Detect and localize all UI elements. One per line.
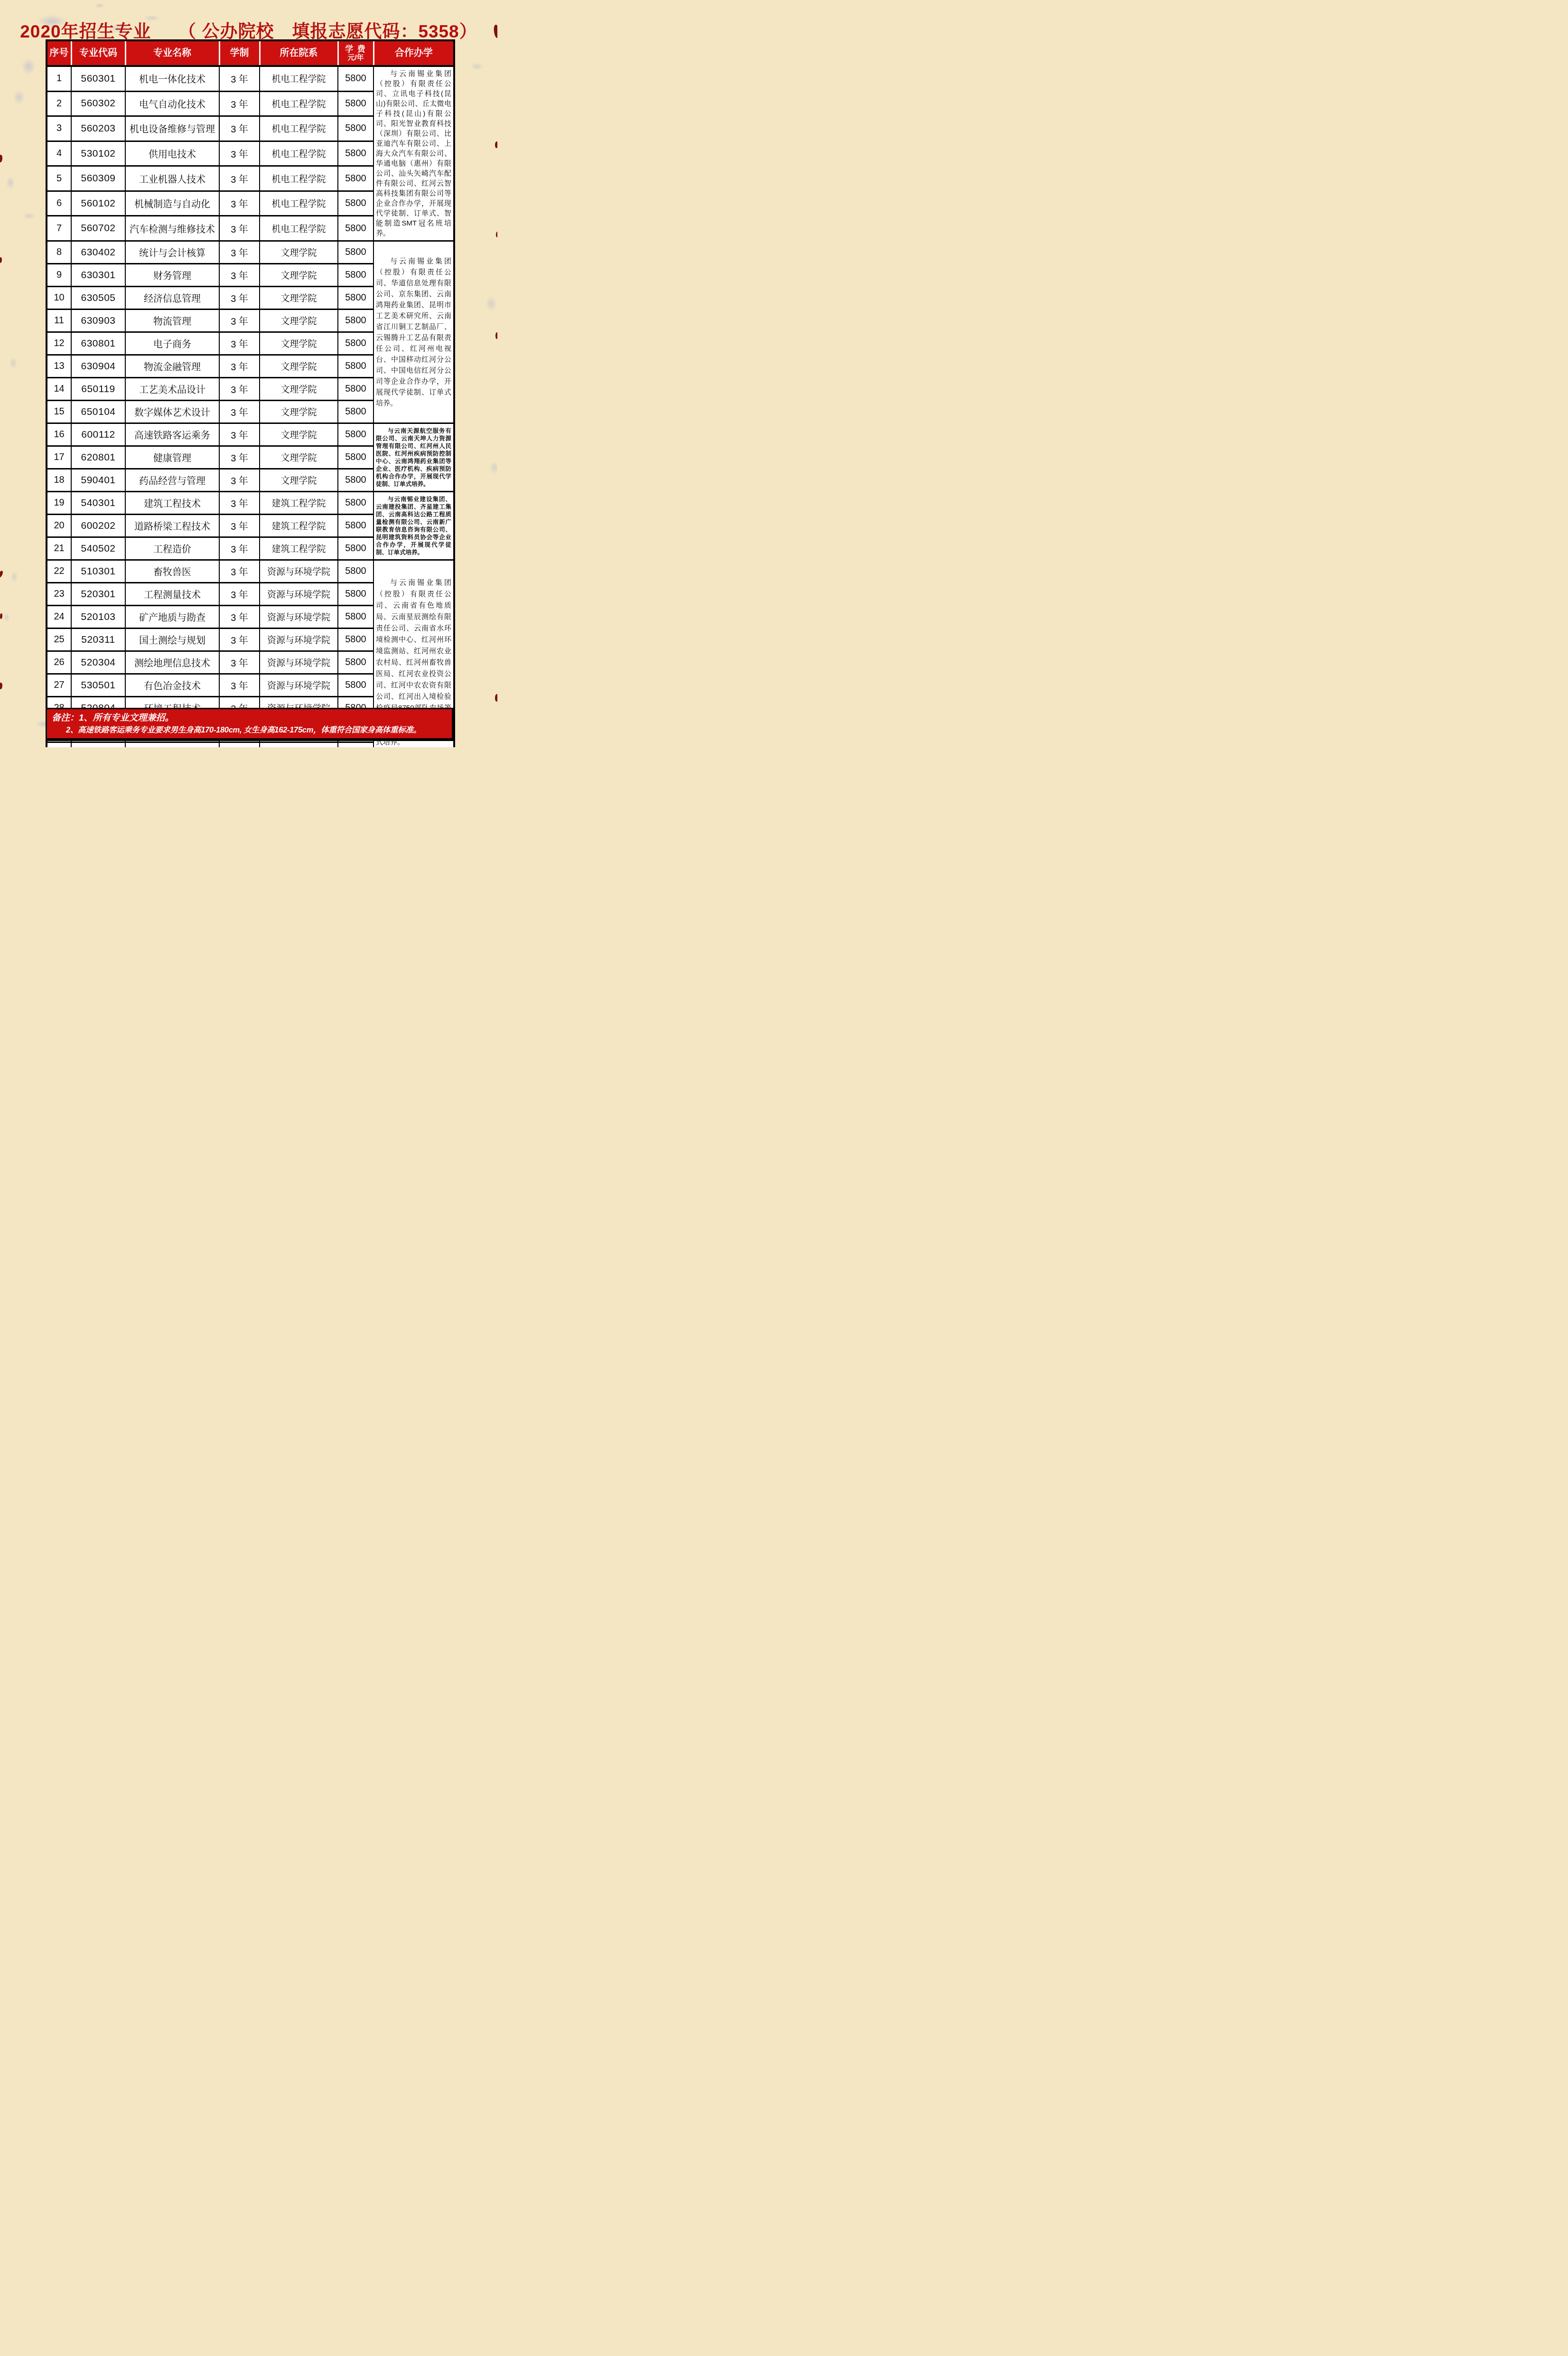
edge-ink-blot bbox=[496, 232, 497, 237]
tuition: 5800 bbox=[338, 332, 373, 355]
major-name: 生态农业技术 bbox=[125, 742, 219, 748]
note-line-2: 2、高速铁路客运乘务专业要求男生身高170-180cm, 女生身高162-175… bbox=[66, 725, 452, 735]
header-tuition-line1: 学 费 bbox=[340, 45, 372, 54]
major-code: 530501 bbox=[71, 674, 125, 697]
department: 文理学院 bbox=[260, 241, 338, 264]
table-row: 22 510301 畜牧兽医 3 年 资源与环境学院 5800 与云南锡业集团（… bbox=[47, 560, 454, 583]
cooperation-text-group1: 与云南锡业集团（控股）有限责任公司、立讯电子科技(昆山)有限公司、丘太微电子科技… bbox=[373, 66, 454, 241]
header-code: 专业代码 bbox=[71, 40, 125, 66]
row-number: 14 bbox=[47, 378, 71, 401]
duration: 3 年 bbox=[219, 674, 260, 697]
major-code: 520304 bbox=[71, 651, 125, 674]
department: 建筑工程学院 bbox=[260, 515, 338, 537]
notes-bar: 备注：1、所有专业文理兼招。 2、高速铁路客运乘务专业要求男生身高170-180… bbox=[46, 708, 453, 741]
department: 文理学院 bbox=[260, 378, 338, 401]
row-number: 15 bbox=[47, 401, 71, 423]
major-name: 统计与会计核算 bbox=[125, 241, 219, 264]
duration: 3 年 bbox=[219, 191, 260, 216]
header-department: 所在院系 bbox=[260, 40, 338, 66]
row-number: 30 bbox=[47, 742, 71, 748]
row-number: 16 bbox=[47, 423, 71, 446]
major-name: 有色冶金技术 bbox=[125, 674, 219, 697]
major-code: 630402 bbox=[71, 241, 125, 264]
duration: 3 年 bbox=[219, 742, 260, 748]
major-code: 630301 bbox=[71, 264, 125, 287]
major-code: 600112 bbox=[71, 423, 125, 446]
row-number: 4 bbox=[47, 141, 71, 166]
tuition: 5800 bbox=[338, 492, 373, 515]
row-number: 3 bbox=[47, 116, 71, 141]
major-name: 药品经营与管理 bbox=[125, 469, 219, 492]
edge-ink-blot bbox=[0, 257, 2, 263]
department: 资源与环境学院 bbox=[260, 651, 338, 674]
tuition: 5800 bbox=[338, 651, 373, 674]
majors-table: 序号 专业代码 专业名称 学制 所在院系 学 费 元/年 合作办学 1 5603… bbox=[46, 39, 455, 747]
department: 机电工程学院 bbox=[260, 216, 338, 241]
major-code: 520311 bbox=[71, 629, 125, 651]
table-header: 序号 专业代码 专业名称 学制 所在院系 学 费 元/年 合作办学 bbox=[47, 40, 454, 66]
row-number: 6 bbox=[47, 191, 71, 216]
major-code: 590401 bbox=[71, 469, 125, 492]
department: 机电工程学院 bbox=[260, 141, 338, 166]
duration: 3 年 bbox=[219, 241, 260, 264]
edge-ink-blot bbox=[0, 613, 2, 619]
row-number: 13 bbox=[47, 355, 71, 378]
duration: 3 年 bbox=[219, 116, 260, 141]
major-name: 供用电技术 bbox=[125, 141, 219, 166]
major-name: 矿产地质与勘查 bbox=[125, 606, 219, 629]
tuition: 5800 bbox=[338, 378, 373, 401]
cooperation-text-group2: 与云南锡业集团（控股）有限责任公司、华道信息处理有限公司、京东集团、云南鸿翔药业… bbox=[373, 241, 454, 423]
tuition: 5800 bbox=[338, 166, 373, 191]
duration: 3 年 bbox=[219, 66, 260, 91]
major-name: 物流管理 bbox=[125, 310, 219, 332]
duration: 3 年 bbox=[219, 606, 260, 629]
department: 机电工程学院 bbox=[260, 66, 338, 91]
department: 资源与环境学院 bbox=[260, 742, 338, 748]
duration: 3 年 bbox=[219, 378, 260, 401]
major-code: 600202 bbox=[71, 515, 125, 537]
header-cooperation: 合作办学 bbox=[373, 40, 454, 66]
major-code: 560702 bbox=[71, 216, 125, 241]
department: 文理学院 bbox=[260, 310, 338, 332]
tuition: 5800 bbox=[338, 742, 373, 748]
row-number: 27 bbox=[47, 674, 71, 697]
major-name: 测绘地理信息技术 bbox=[125, 651, 219, 674]
row-number: 24 bbox=[47, 606, 71, 629]
major-name: 国土测绘与规划 bbox=[125, 629, 219, 651]
major-name: 畜牧兽医 bbox=[125, 560, 219, 583]
major-name: 高速铁路客运乘务 bbox=[125, 423, 219, 446]
row-number: 19 bbox=[47, 492, 71, 515]
duration: 3 年 bbox=[219, 537, 260, 560]
row-number: 23 bbox=[47, 583, 71, 606]
tuition: 5800 bbox=[338, 310, 373, 332]
major-code: 620801 bbox=[71, 446, 125, 469]
tuition: 5800 bbox=[338, 606, 373, 629]
row-number: 9 bbox=[47, 264, 71, 287]
major-code: 540301 bbox=[71, 492, 125, 515]
major-code: 510106 bbox=[71, 742, 125, 748]
major-code: 650119 bbox=[71, 378, 125, 401]
duration: 3 年 bbox=[219, 332, 260, 355]
header-tuition: 学 费 元/年 bbox=[338, 40, 373, 66]
department: 机电工程学院 bbox=[260, 166, 338, 191]
duration: 3 年 bbox=[219, 560, 260, 583]
header-no: 序号 bbox=[47, 40, 71, 66]
table-row: 16 600112 高速铁路客运乘务 3 年 文理学院 5800 与云南天源航空… bbox=[47, 423, 454, 446]
duration: 3 年 bbox=[219, 216, 260, 241]
edge-ink-blot bbox=[0, 155, 2, 162]
row-number: 26 bbox=[47, 651, 71, 674]
major-code: 540502 bbox=[71, 537, 125, 560]
poster-sheet: 2020年招生专业 （ 公办院校 填报志愿代码：5358） 序号 专业代码 专业… bbox=[0, 0, 497, 747]
major-code: 560301 bbox=[71, 66, 125, 91]
table-row: 19 540301 建筑工程技术 3 年 建筑工程学院 5800 与云南锡业建设… bbox=[47, 492, 454, 515]
row-number: 12 bbox=[47, 332, 71, 355]
tuition: 5800 bbox=[338, 469, 373, 492]
major-code: 630903 bbox=[71, 310, 125, 332]
major-name: 电子商务 bbox=[125, 332, 219, 355]
row-number: 8 bbox=[47, 241, 71, 264]
major-name: 机电一体化技术 bbox=[125, 66, 219, 91]
header-row: 序号 专业代码 专业名称 学制 所在院系 学 费 元/年 合作办学 bbox=[47, 40, 454, 66]
department: 建筑工程学院 bbox=[260, 537, 338, 560]
duration: 3 年 bbox=[219, 355, 260, 378]
department: 机电工程学院 bbox=[260, 91, 338, 116]
table-row: 8 630402 统计与会计核算 3 年 文理学院 5800 与云南锡业集团（控… bbox=[47, 241, 454, 264]
major-name: 建筑工程技术 bbox=[125, 492, 219, 515]
department: 文理学院 bbox=[260, 332, 338, 355]
row-number: 22 bbox=[47, 560, 71, 583]
major-code: 630904 bbox=[71, 355, 125, 378]
row-number: 25 bbox=[47, 629, 71, 651]
row-number: 20 bbox=[47, 515, 71, 537]
department: 机电工程学院 bbox=[260, 191, 338, 216]
tuition: 5800 bbox=[338, 423, 373, 446]
tuition: 5800 bbox=[338, 264, 373, 287]
department: 机电工程学院 bbox=[260, 116, 338, 141]
duration: 3 年 bbox=[219, 264, 260, 287]
edge-ink-blot bbox=[0, 570, 3, 578]
major-name: 财务管理 bbox=[125, 264, 219, 287]
major-code: 650104 bbox=[71, 401, 125, 423]
header-name: 专业名称 bbox=[125, 40, 219, 66]
major-code: 560309 bbox=[71, 166, 125, 191]
duration: 3 年 bbox=[219, 310, 260, 332]
major-name: 工业机器人技术 bbox=[125, 166, 219, 191]
department: 文理学院 bbox=[260, 401, 338, 423]
cooperation-text-group4: 与云南锡业建设集团、云南建投集团、齐星建工集团、云南高科达公路工程质量检测有限公… bbox=[373, 492, 454, 560]
major-name: 工艺美术品设计 bbox=[125, 378, 219, 401]
tuition: 5800 bbox=[338, 401, 373, 423]
major-name: 机电设备维修与管理 bbox=[125, 116, 219, 141]
major-name: 机械制造与自动化 bbox=[125, 191, 219, 216]
tuition: 5800 bbox=[338, 116, 373, 141]
major-code: 630801 bbox=[71, 332, 125, 355]
duration: 3 年 bbox=[219, 91, 260, 116]
department: 资源与环境学院 bbox=[260, 583, 338, 606]
edge-ink-blot bbox=[495, 332, 497, 339]
row-number: 17 bbox=[47, 446, 71, 469]
tuition: 5800 bbox=[338, 446, 373, 469]
major-code: 560203 bbox=[71, 116, 125, 141]
department: 文理学院 bbox=[260, 264, 338, 287]
duration: 3 年 bbox=[219, 423, 260, 446]
major-code: 560302 bbox=[71, 91, 125, 116]
major-name: 道路桥梁工程技术 bbox=[125, 515, 219, 537]
row-number: 5 bbox=[47, 166, 71, 191]
duration: 3 年 bbox=[219, 287, 260, 310]
major-name: 工程造价 bbox=[125, 537, 219, 560]
duration: 3 年 bbox=[219, 166, 260, 191]
major-code: 560102 bbox=[71, 191, 125, 216]
department: 资源与环境学院 bbox=[260, 606, 338, 629]
tuition: 5800 bbox=[338, 141, 373, 166]
cooperation-text-group3: 与云南天源航空服务有限公司、云南天坤人力资源管理有限公司、红河州人民医院、红河州… bbox=[373, 423, 454, 492]
page-title: 2020年招生专业 （ 公办院校 填报志愿代码：5358） bbox=[0, 17, 497, 43]
tuition: 5800 bbox=[338, 91, 373, 116]
department: 资源与环境学院 bbox=[260, 560, 338, 583]
department: 文理学院 bbox=[260, 355, 338, 378]
department: 文理学院 bbox=[260, 287, 338, 310]
tuition: 5800 bbox=[338, 560, 373, 583]
row-number: 7 bbox=[47, 216, 71, 241]
department: 建筑工程学院 bbox=[260, 492, 338, 515]
duration: 3 年 bbox=[219, 583, 260, 606]
row-number: 21 bbox=[47, 537, 71, 560]
major-code: 530102 bbox=[71, 141, 125, 166]
tuition: 5800 bbox=[338, 515, 373, 537]
row-number: 11 bbox=[47, 310, 71, 332]
tuition: 5800 bbox=[338, 674, 373, 697]
row-number: 2 bbox=[47, 91, 71, 116]
duration: 3 年 bbox=[219, 469, 260, 492]
row-number: 18 bbox=[47, 469, 71, 492]
major-name: 数字媒体艺术设计 bbox=[125, 401, 219, 423]
tuition: 5800 bbox=[338, 216, 373, 241]
duration: 3 年 bbox=[219, 629, 260, 651]
department: 文理学院 bbox=[260, 423, 338, 446]
tuition: 5800 bbox=[338, 241, 373, 264]
tuition: 5800 bbox=[338, 629, 373, 651]
duration: 3 年 bbox=[219, 515, 260, 537]
major-name: 物流金融管理 bbox=[125, 355, 219, 378]
duration: 3 年 bbox=[219, 401, 260, 423]
department: 文理学院 bbox=[260, 446, 338, 469]
note-line-1: 备注：1、所有专业文理兼招。 bbox=[52, 713, 452, 724]
major-code: 630505 bbox=[71, 287, 125, 310]
tuition: 5800 bbox=[338, 287, 373, 310]
major-code: 510301 bbox=[71, 560, 125, 583]
major-name: 汽车检测与维修技术 bbox=[125, 216, 219, 241]
department: 资源与环境学院 bbox=[260, 629, 338, 651]
major-name: 电气自动化技术 bbox=[125, 91, 219, 116]
edge-ink-blot bbox=[0, 683, 2, 689]
major-code: 520103 bbox=[71, 606, 125, 629]
edge-ink-blot bbox=[495, 694, 497, 702]
tuition: 5800 bbox=[338, 537, 373, 560]
major-name: 健康管理 bbox=[125, 446, 219, 469]
department: 资源与环境学院 bbox=[260, 674, 338, 697]
major-name: 经济信息管理 bbox=[125, 287, 219, 310]
row-number: 10 bbox=[47, 287, 71, 310]
duration: 3 年 bbox=[219, 446, 260, 469]
tuition: 5800 bbox=[338, 583, 373, 606]
tuition: 5800 bbox=[338, 66, 373, 91]
duration: 3 年 bbox=[219, 651, 260, 674]
department: 文理学院 bbox=[260, 469, 338, 492]
edge-ink-blot bbox=[495, 141, 497, 148]
duration: 3 年 bbox=[219, 492, 260, 515]
header-duration: 学制 bbox=[219, 40, 260, 66]
duration: 3 年 bbox=[219, 141, 260, 166]
major-name: 工程测量技术 bbox=[125, 583, 219, 606]
tuition: 5800 bbox=[338, 355, 373, 378]
header-tuition-line2: 元/年 bbox=[340, 54, 372, 62]
major-code: 520301 bbox=[71, 583, 125, 606]
row-number: 1 bbox=[47, 66, 71, 91]
tuition: 5800 bbox=[338, 191, 373, 216]
table-row: 1 560301 机电一体化技术 3 年 机电工程学院 5800 与云南锡业集团… bbox=[47, 66, 454, 91]
